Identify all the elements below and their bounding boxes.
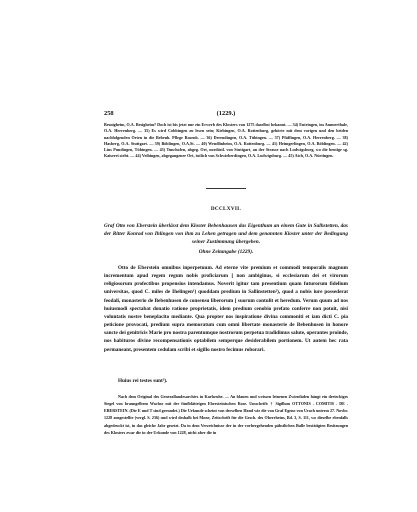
dateline: Ohne Zeitangabe (1229). <box>104 249 348 255</box>
section-divider <box>206 188 246 189</box>
charter-text: Otto de Eberstein omnibus inperpetuum. A… <box>104 264 348 354</box>
continued-footnotes: Besnigheim, O.A. Besigheim? Doch ist bis… <box>104 122 348 160</box>
footnote-text-continued: Besnigheim, O.A. Besigheim? Doch ist bis… <box>104 122 348 160</box>
regest-summary: Graf Otto von Eberstein überlässt dem Kl… <box>104 222 348 247</box>
witness-line: Huius rei testes sunt³). <box>118 378 167 384</box>
regest-text: Graf Otto von Eberstein überlässt dem Kl… <box>104 222 348 247</box>
document-number: DCCLXVII. <box>104 206 348 212</box>
footnote-text: Nach dem Original des Generallandesarchi… <box>104 393 348 436</box>
source-footnote: Nach dem Original des Generallandesarchi… <box>104 393 348 436</box>
running-head: (1229.) <box>104 110 348 117</box>
page-header: 258 (1229.) <box>104 110 348 120</box>
charter-paragraph: Otto de Eberstein omnibus inperpetuum. A… <box>104 264 348 354</box>
